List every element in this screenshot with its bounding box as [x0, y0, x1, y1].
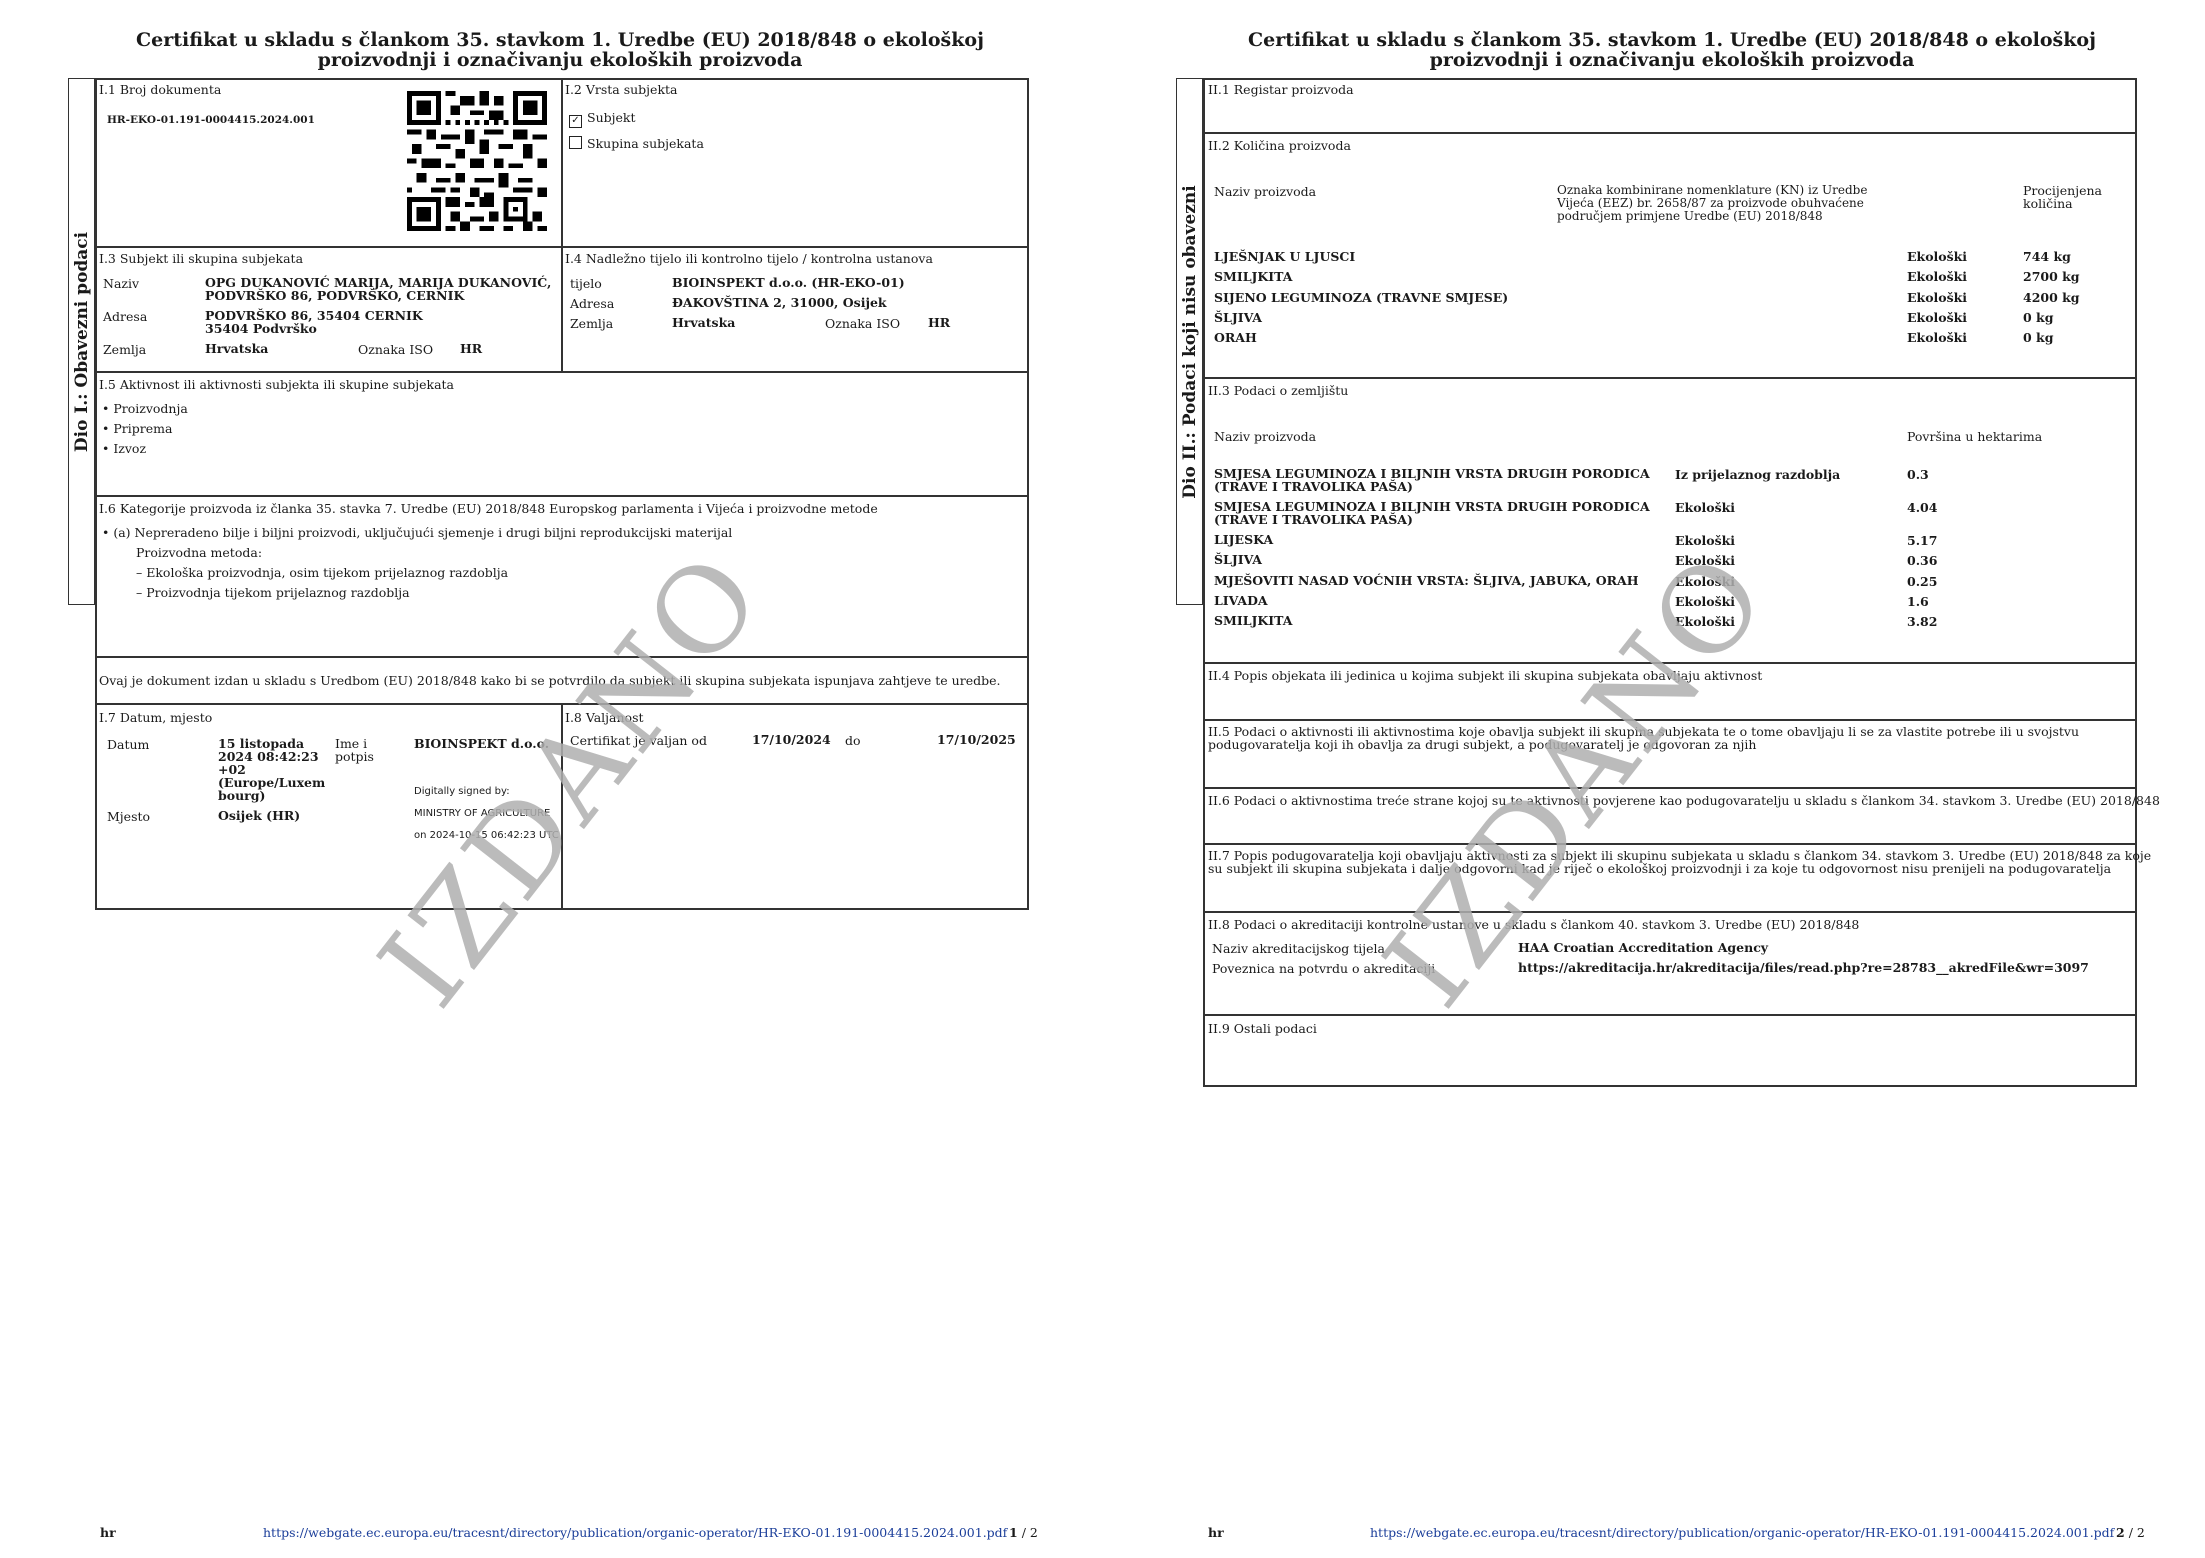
section-ii7-heading: II.7 Popis podugovaratelja koji obavljaj…	[1208, 849, 2151, 875]
table-row-name: SMILJKITA	[1214, 269, 1292, 284]
adresa-label: Adresa	[103, 309, 147, 324]
divider	[1203, 377, 2137, 379]
table-row-name: ORAH	[1214, 330, 1257, 345]
table-row-name: ŠLJIVA	[1214, 310, 1262, 325]
table-row-name: ŠLJIVA	[1214, 553, 1674, 566]
divider	[95, 656, 1029, 658]
part-label-box: Dio I.: Obavezni podaci	[68, 78, 95, 605]
table-row-name: SMILJKITA	[1214, 614, 1674, 627]
table-row-area: 0.25	[1907, 574, 1937, 589]
valid-to: 17/10/2025	[937, 733, 1016, 746]
table-row-quantity: 4200 kg	[2023, 290, 2080, 305]
subject-iso: HR	[460, 342, 482, 355]
table-row-status: Ekološki	[1907, 330, 1967, 345]
divider	[1203, 1014, 2137, 1016]
accreditation-link[interactable]: https://akreditacija.hr/akreditacija/fil…	[1518, 961, 2089, 974]
page-title: Certifikat u skladu s člankom 35. stavko…	[1202, 30, 2142, 70]
subject-country: Hrvatska	[205, 342, 268, 355]
table-row-quantity: 744 kg	[2023, 249, 2071, 264]
section-i5-heading: I.5 Aktivnost ili aktivnosti subjekta il…	[99, 377, 454, 392]
table-row-status: Ekološki	[1675, 594, 1735, 609]
part-label-box: Dio II.: Podaci koji nisu obavezni	[1176, 78, 1203, 605]
method-label: Proizvodna metoda:	[136, 545, 262, 560]
valid-from: 17/10/2024	[752, 733, 831, 746]
zemlja-label: Zemlja	[103, 342, 146, 357]
activity-item: • Izvoz	[102, 441, 146, 456]
zemlja-label: Zemlja	[570, 316, 613, 331]
divider	[95, 495, 1029, 497]
table-row-status: Ekološki	[1907, 310, 1967, 325]
column-divider	[561, 704, 563, 909]
mjesto-label: Mjesto	[107, 809, 150, 824]
table-row-name: LIJESKA	[1214, 533, 1674, 546]
compliance-statement: Ovaj je dokument izdan u skladu s Uredbo…	[99, 673, 1000, 688]
checkbox-unchecked-icon[interactable]	[569, 136, 582, 149]
column-header: Naziv proizvoda	[1214, 429, 1316, 444]
section-i7-heading: I.7 Datum, mjesto	[99, 710, 212, 725]
part-label: Dio I.: Obavezni podaci	[72, 231, 92, 451]
section-i6-heading: I.6 Kategorije proizvoda iz članka 35. s…	[99, 501, 878, 516]
divider	[1203, 662, 2137, 664]
column-header: Površina u hektarima	[1907, 429, 2042, 444]
validity-to-label: do	[845, 733, 861, 748]
page-2: Certifikat u skladu s člankom 35. stavko…	[1102, 0, 2204, 1558]
table-row-status: Ekološki	[1675, 533, 1735, 548]
subject-address: PODVRŠKO 86, 35404 CERNIK35404 Podvrško	[205, 309, 423, 335]
control-body: BIOINSPEKT d.o.o. (HR-EKO-01)	[672, 276, 905, 289]
page-title: Certifikat u skladu s člankom 35. stavko…	[90, 30, 1030, 70]
issue-date: 15 listopada2024 08:42:23+02(Europe/Luxe…	[218, 737, 325, 802]
table-row-area: 0.3	[1907, 467, 1929, 482]
footer-language: hr	[1208, 1525, 1224, 1540]
section-ii8-heading: II.8 Podaci o akreditaciji kontrolne ust…	[1208, 917, 1859, 932]
validity-label: Certifikat je valjan od	[570, 733, 707, 748]
footer-url-link[interactable]: https://webgate.ec.europa.eu/tracesnt/di…	[263, 1525, 1007, 1540]
column-header: Naziv proizvoda	[1214, 184, 1316, 199]
table-row-name: LIVADA	[1214, 594, 1674, 607]
table-row-status: Ekološki	[1675, 574, 1735, 589]
page-number: 2 / 2	[2116, 1525, 2145, 1540]
table-row-status: Ekološki	[1907, 269, 1967, 284]
tijelo-label: tijelo	[570, 276, 602, 291]
table-row-area: 5.17	[1907, 533, 1937, 548]
section-i2-heading: I.2 Vrsta subjekta	[565, 82, 678, 97]
table-row-name: SIJENO LEGUMINOZA (TRAVNE SMJESE)	[1214, 290, 1508, 305]
datum-label: Datum	[107, 737, 149, 752]
issue-place: Osijek (HR)	[218, 809, 300, 822]
adresa-label: Adresa	[570, 296, 614, 311]
signature-line: Digitally signed by:	[414, 786, 510, 797]
signature-line: MINISTRY OF AGRICULTURE	[414, 808, 550, 819]
table-row-name: SMJESA LEGUMINOZA I BILJNIH VRSTA DRUGIH…	[1214, 500, 1674, 526]
column-divider	[561, 78, 563, 372]
table-row-quantity: 2700 kg	[2023, 269, 2080, 284]
divider	[1203, 132, 2137, 134]
section-i1-heading: I.1 Broj dokumenta	[99, 82, 221, 97]
signature-line: on 2024-10-15 06:42:23 UTC	[414, 830, 559, 841]
table-row-status: Ekološki	[1907, 290, 1967, 305]
qr-code-icon	[407, 91, 547, 231]
table-row-area: 3.82	[1907, 614, 1937, 629]
divider	[1203, 719, 2137, 721]
column-header: Procijenjena količina	[2023, 184, 2113, 210]
section-ii4-heading: II.4 Popis objekata ili jedinica u kojim…	[1208, 668, 1762, 683]
section-i4-heading: I.4 Nadležno tijelo ili kontrolno tijelo…	[565, 251, 933, 266]
ime-potpis-label: Ime ipotpis	[335, 737, 374, 763]
signer-name: BIOINSPEKT d.o.o.	[414, 737, 549, 750]
table-row-area: 4.04	[1907, 500, 1937, 515]
accreditation-link-label: Poveznica na potvrdu o akreditaciji	[1212, 961, 1435, 976]
divider	[1203, 843, 2137, 845]
control-body-iso: HR	[928, 316, 950, 329]
table-row-quantity: 0 kg	[2023, 330, 2053, 345]
section-i8-heading: I.8 Valjanost	[565, 710, 644, 725]
table-row-quantity: 0 kg	[2023, 310, 2053, 325]
table-row-name: LJEŠNJAK U LJUSCI	[1214, 249, 1355, 264]
accreditation-body: HAA Croatian Accreditation Agency	[1518, 941, 1768, 954]
table-row-status: Ekološki	[1675, 500, 1735, 515]
section-ii2-heading: II.2 Količina proizvoda	[1208, 138, 1351, 153]
part-label: Dio II.: Podaci koji nisu obavezni	[1180, 185, 1200, 499]
section-ii3-heading: II.3 Podaci o zemljištu	[1208, 383, 1348, 398]
page-1: Certifikat u skladu s člankom 35. stavko…	[0, 0, 1102, 1558]
subject-name: OPG DUKANOVIĆ MARIJA, MARIJA DUKANOVIĆ,P…	[205, 276, 551, 302]
table-row-status: Iz prijelaznog razdoblja	[1675, 467, 1840, 482]
option-subjekt[interactable]: ✓Subjekt	[569, 110, 636, 128]
activity-item: • Proizvodnja	[102, 401, 188, 416]
production-method: – Ekološka proizvodnja, osim tijekom pri…	[136, 565, 508, 580]
table-row-status: Ekološki	[1675, 614, 1735, 629]
table-row-status: Ekološki	[1907, 249, 1967, 264]
document-number: HR-EKO-01.191-0004415.2024.001	[107, 114, 315, 127]
section-ii5-heading: II.5 Podaci o aktivnosti ili aktivnostim…	[1208, 725, 2079, 751]
footer-url-link[interactable]: https://webgate.ec.europa.eu/tracesnt/di…	[1370, 1525, 2114, 1540]
activity-item: • Priprema	[102, 421, 172, 436]
divider	[1203, 787, 2137, 789]
checkbox-checked-icon[interactable]: ✓	[569, 115, 582, 128]
option-skupina-subjekata[interactable]: Skupina subjekata	[569, 136, 704, 151]
table-row-status: Ekološki	[1675, 553, 1735, 568]
table-row-name: MJEŠOVITI NASAD VOĆNIH VRSTA: ŠLJIVA, JA…	[1214, 574, 1674, 587]
control-body-country: Hrvatska	[672, 316, 735, 329]
accreditation-body-label: Naziv akreditacijskog tijela	[1212, 941, 1385, 956]
iso-label: Oznaka ISO	[825, 316, 900, 331]
table-row-area: 0.36	[1907, 553, 1937, 568]
control-body-address: ĐAKOVŠTINA 2, 31000, Osijek	[672, 296, 887, 309]
iso-label: Oznaka ISO	[358, 342, 433, 357]
table-row-name: SMJESA LEGUMINOZA I BILJNIH VRSTA DRUGIH…	[1214, 467, 1674, 493]
product-category: • (a) Nepreradeno bilje i biljni proizvo…	[102, 525, 732, 540]
production-method: – Proizvodnja tijekom prijelaznog razdob…	[136, 585, 410, 600]
table-row-area: 1.6	[1907, 594, 1929, 609]
divider	[1203, 911, 2137, 913]
page-number: 1 / 2	[1009, 1525, 1038, 1540]
footer-language: hr	[100, 1525, 116, 1540]
column-header: Oznaka kombinirane nomenklature (KN) iz …	[1557, 184, 1887, 223]
section-ii1-heading: II.1 Registar proizvoda	[1208, 82, 1354, 97]
naziv-label: Naziv	[103, 276, 139, 291]
section-ii9-heading: II.9 Ostali podaci	[1208, 1021, 1317, 1036]
section-ii6-heading: II.6 Podaci o aktivnostima treće strane …	[1208, 793, 2160, 808]
section-i3-heading: I.3 Subjekt ili skupina subjekata	[99, 251, 303, 266]
